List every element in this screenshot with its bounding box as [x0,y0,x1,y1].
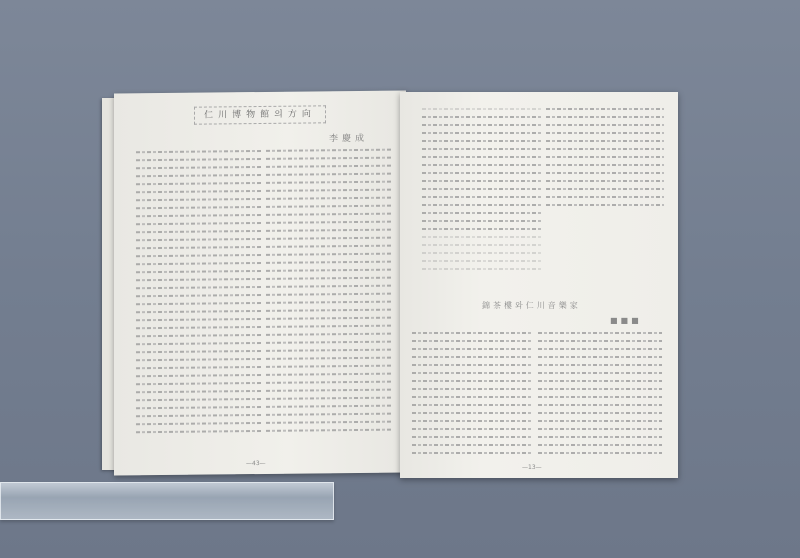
right-page: 錦茶樓와仁川音樂家 ■■■ —13— [400,92,678,478]
text-column-2 [266,149,391,438]
text-column-5 [412,332,532,460]
section-title: 錦茶樓와仁川音樂家 [482,300,581,311]
document-spread: 仁川博物館의方向 李慶成 —43— [100,88,680,488]
page-number: —43— [246,460,266,467]
text-column-1 [136,150,261,439]
left-page: 仁川博物館의方向 李慶成 —43— [114,90,406,475]
section-author: ■■■ [610,316,642,325]
text-column-3 [422,108,542,276]
text-column-6 [538,332,662,460]
article-title: 仁川博物館의方向 [194,105,326,124]
page-number: —13— [522,464,542,471]
text-column-4 [546,108,664,212]
article-author: 李慶成 [329,131,368,144]
acrylic-ruler [0,482,334,520]
